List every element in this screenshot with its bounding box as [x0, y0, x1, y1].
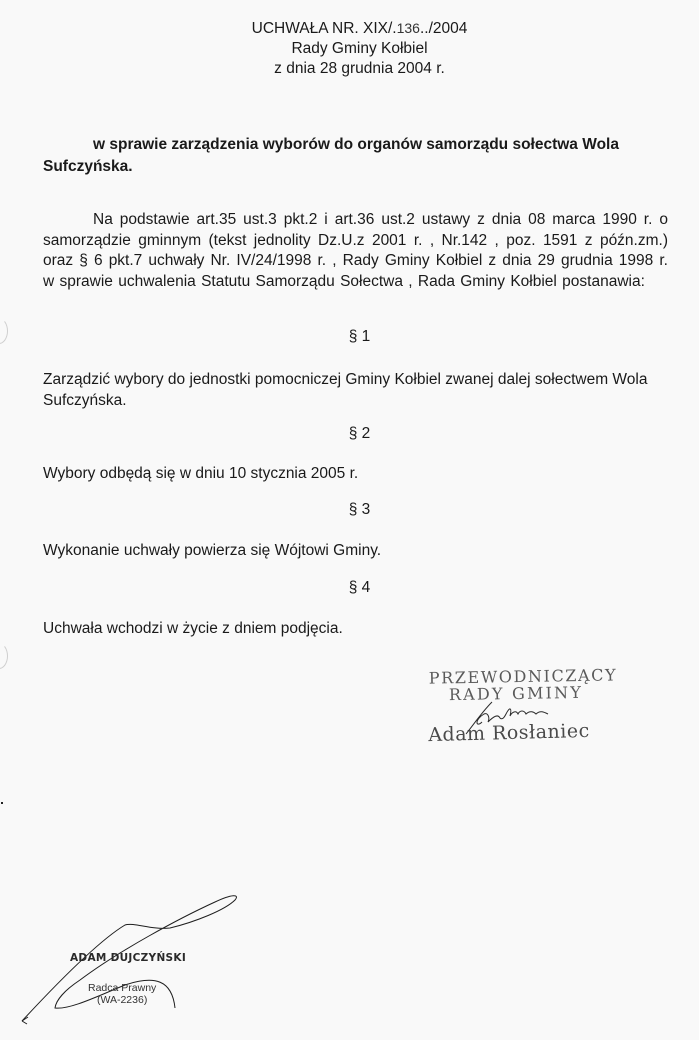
paragraph-2-text: Wybory odbędą się w dniu 10 stycznia 200…	[43, 463, 668, 484]
chairman-title-line2: RADY GMINY	[404, 684, 628, 704]
legal-advisor-role: Radca Prawny	[88, 982, 156, 994]
paragraph-4-mark: § 4	[0, 579, 699, 597]
legal-advisor-name: ADAM DUJCZYŃSKI	[70, 952, 186, 964]
paragraph-2-mark: § 2	[0, 425, 699, 443]
legal-basis: Na podstawie art.35 ust.3 pkt.2 i art.36…	[43, 210, 668, 292]
chairman-name: Adam Rosłaniec	[390, 719, 628, 747]
resolution-issuer: Rady Gminy Kołbiel	[0, 39, 699, 59]
paragraph-3-mark: § 3	[0, 501, 699, 519]
legal-advisor-stamp: ADAM DUJCZYŃSKI Radca Prawny (WA-2236)	[70, 952, 186, 964]
paragraph-3-text: Wykonanie uchwały powierza się Wójtowi G…	[43, 540, 668, 561]
resolution-subject: w sprawie zarządzenia wyborów do organów…	[43, 134, 668, 178]
chairman-stamp: PRZEWODNICZĄCY RADY GMINY Adam Rosłaniec	[418, 668, 628, 744]
paragraph-1-mark: § 1	[0, 328, 699, 346]
document-page: UCHWAŁA NR. XIX/.136../2004 Rady Gminy K…	[0, 0, 699, 1040]
scan-edge-mark	[0, 643, 8, 669]
paragraph-4-text: Uchwała wchodzi w życie z dniem podjęcia…	[43, 618, 668, 639]
resolution-title: UCHWAŁA NR. XIX/.136../2004	[0, 18, 699, 39]
document-header: UCHWAŁA NR. XIX/.136../2004 Rady Gminy K…	[0, 18, 699, 79]
legal-advisor-registration: (WA-2236)	[88, 994, 156, 1006]
resolution-date: z dnia 28 grudnia 2004 r.	[0, 59, 699, 79]
legal-advisor-role-block: Radca Prawny (WA-2236)	[88, 982, 156, 1006]
scan-dot	[1, 802, 3, 804]
resolution-number: 136	[397, 20, 420, 36]
paragraph-1-text: Zarządzić wybory do jednostki pomocnicze…	[43, 369, 668, 411]
